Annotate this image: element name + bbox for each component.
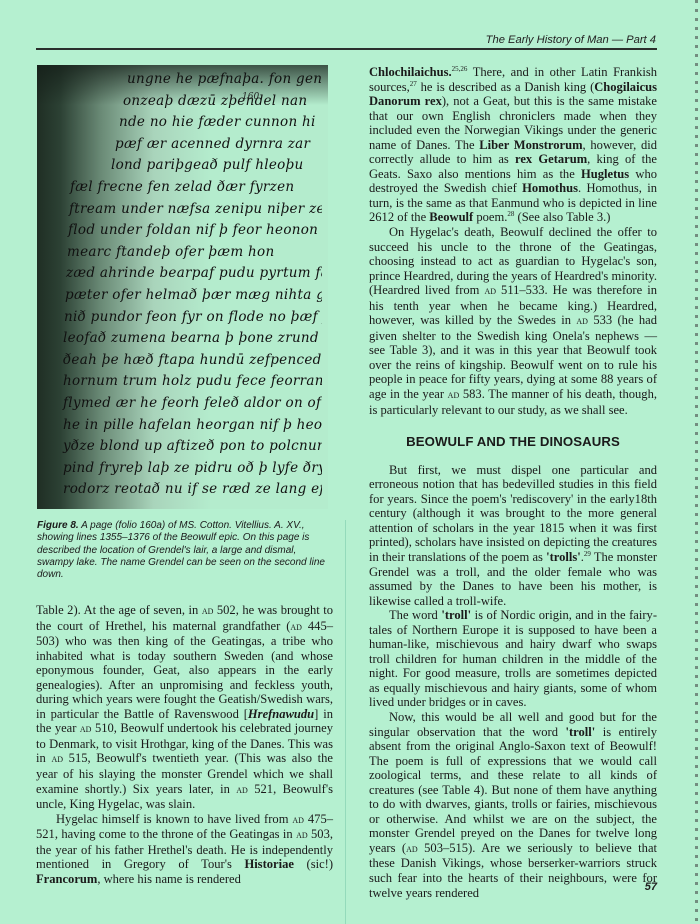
folio-mark: 160.: [242, 92, 262, 102]
figure-caption: Figure 8. A page (folio 160a) of MS. Cot…: [37, 520, 331, 581]
manuscript-line: leofað zumena bearna þ þone zrund pite: [37, 330, 322, 346]
bold-term: Chlochilaichus.: [369, 65, 452, 79]
bold-term: Hrefnawudu: [248, 707, 314, 721]
manuscript-line: pæter ofer helmað þær mæg nihta ge hpæm: [37, 287, 322, 303]
manuscript-line: pæf ær acenned dyrnra zar: [37, 136, 322, 152]
manuscript-line: yðze blond up aftizeð pon to polcnum þon: [37, 438, 322, 454]
text-run: AD: [290, 620, 302, 633]
page-fold-line: [345, 520, 346, 924]
text-run: is entirely absent from the original Ang…: [369, 725, 657, 855]
manuscript-line: onzeaþ dæzū zþendel nan: [37, 93, 322, 109]
manuscript-line: mearc ftandeþ ofer þæm hon: [37, 244, 322, 260]
text-run: , where his name is rendered: [97, 872, 241, 886]
manuscript-line: ungne he pæfnaþa. fon gen: [37, 71, 322, 87]
scan-edge: [695, 0, 698, 924]
left-paragraphs: Table 2). At the age of seven, in AD 502…: [36, 603, 333, 886]
text-run: AD: [202, 604, 214, 617]
manuscript-line: hornum trum holz pudu fece feorran ze: [37, 373, 322, 389]
paragraph: Table 2). At the age of seven, in AD 502…: [36, 603, 333, 812]
bold-term: rex Getarum: [515, 152, 587, 166]
manuscript-figure-image: ungne he pæfnaþa. fon genonzeaþ dæzū zþe…: [37, 65, 328, 509]
text-run: Hygelac himself is known to have lived f…: [56, 812, 292, 826]
bold-term: Beowulf: [429, 210, 473, 224]
bold-term: Historiae: [244, 857, 293, 871]
left-text-column: Table 2). At the age of seven, in AD 502…: [36, 603, 333, 886]
right-paragraphs-after: But first, we must dispel one particular…: [369, 463, 657, 900]
text-run: poem.: [473, 210, 507, 224]
right-text-column: Chlochilaichus.25,26 There, and in other…: [369, 65, 657, 900]
header-rule: [36, 48, 657, 50]
text-run: AD: [80, 722, 92, 735]
text-run: AD: [296, 828, 308, 841]
text-run: AD: [51, 752, 63, 765]
manuscript-line: zæd ahrinde bearpaf pudu pyrtum fæft: [37, 265, 322, 281]
text-run: AD: [576, 314, 588, 327]
bold-term: 'troll': [441, 608, 471, 622]
bold-term: Liber Monstrorum: [479, 138, 582, 152]
bold-term: 'troll': [566, 725, 596, 739]
text-run: he is described as a Danish king (: [417, 80, 594, 94]
paragraph: On Hygelac's death, Beowulf declined the…: [369, 225, 657, 417]
running-title: The Early History of Man — Part 4: [360, 34, 656, 46]
manuscript-line: rodorz reotað nu if se ræd ze lang eft æ…: [37, 481, 322, 497]
bold-term: Francorum: [36, 872, 97, 886]
text-run: (See also Table 3.): [514, 210, 610, 224]
text-run: AD: [448, 388, 460, 401]
text-run: But first, we must dispel one particular…: [369, 463, 657, 564]
text-run: AD: [406, 842, 418, 855]
paragraph: The word 'troll' is of Nordic origin, an…: [369, 608, 657, 710]
manuscript-line: nde no hie fæder cunnon hi: [37, 114, 322, 130]
text-run: 445–503) who was then king of the Geatin…: [36, 619, 333, 721]
bold-term: Hugletus: [581, 167, 629, 181]
section-heading: BEOWULF AND THE DINOSAURS: [369, 435, 657, 450]
text-run: The word: [389, 608, 441, 622]
bold-term: 'trolls': [546, 550, 581, 564]
manuscript-line: lond pariþgeað pulf hleoþu: [37, 157, 322, 173]
paragraph: Chlochilaichus.25,26 There, and in other…: [369, 65, 657, 225]
paragraph: Now, this would be all well and good but…: [369, 710, 657, 900]
manuscript-line: ðeah þe hæð ftapa hundū zefpenced heorot: [37, 352, 322, 368]
text-run: is of Nordic origin, and in the fairy-ta…: [369, 608, 657, 709]
figure-label: Figure 8.: [37, 520, 79, 531]
manuscript-line: fæl frecne fen zelad ðær fyrzen: [37, 179, 322, 195]
text-run: (sic!): [294, 857, 333, 871]
manuscript-line: flymed ær he feorh feleð aldor on ofre æ…: [37, 395, 322, 411]
text-run: AD: [484, 284, 496, 297]
manuscript-line: he in pille hafelan heorgan nif þ heoru …: [37, 417, 322, 433]
footnote-ref: 29: [584, 550, 591, 558]
footnote-ref: 25,26: [452, 65, 468, 73]
text-run: Table 2). At the age of seven, in: [36, 603, 202, 617]
manuscript-line: ftream under næfsa zenipu niþer zeþ: [37, 201, 322, 217]
paragraph: Hygelac himself is known to have lived f…: [36, 812, 333, 887]
manuscript-line: pind fryreþ laþ ze pidru oð þ lyfe ðrysm…: [37, 460, 322, 476]
text-run: AD: [292, 813, 304, 826]
manuscript-line: nið pundor feon fyr on flode no þæf frod: [37, 309, 322, 325]
text-run: AD: [236, 783, 248, 796]
bold-term: Homothus: [522, 181, 578, 195]
footnote-ref: 27: [410, 80, 417, 88]
page-number: 57: [600, 881, 657, 893]
figure-caption-text: A page (folio 160a) of MS. Cotton. Vitel…: [37, 520, 325, 580]
right-paragraphs-before: Chlochilaichus.25,26 There, and in other…: [369, 65, 657, 417]
paragraph: But first, we must dispel one particular…: [369, 463, 657, 608]
manuscript-line: flod under foldan nif þ feor heonon mil: [37, 222, 322, 238]
